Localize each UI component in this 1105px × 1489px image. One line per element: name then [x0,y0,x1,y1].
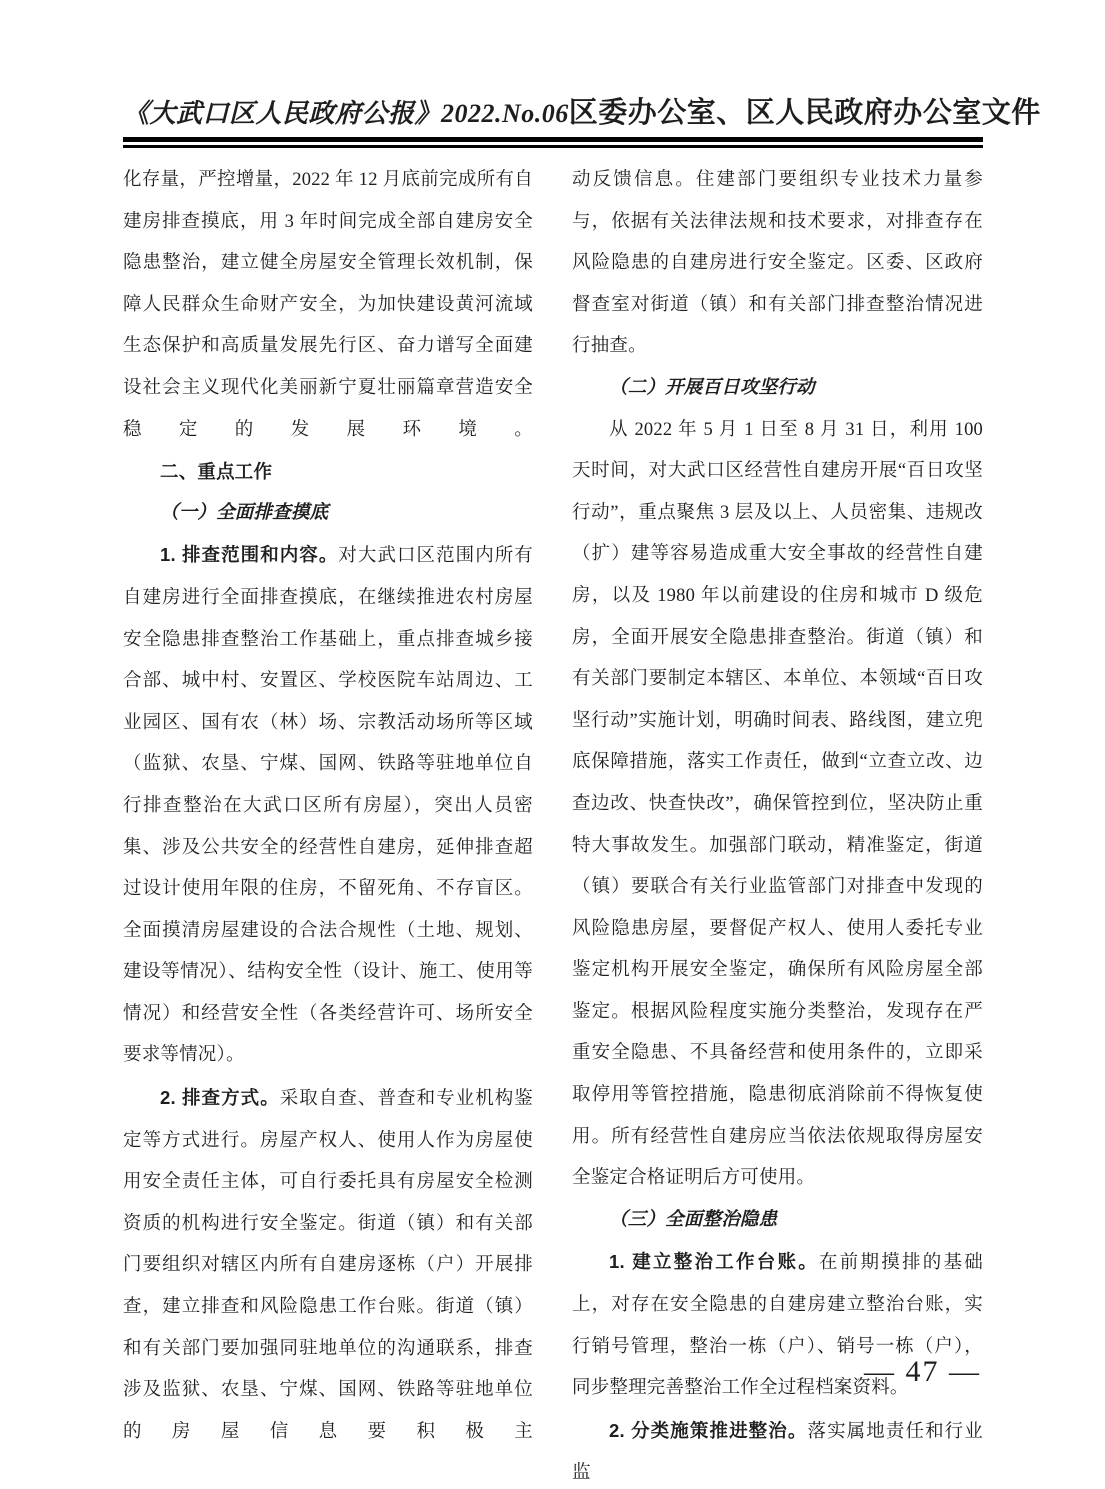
subsection-heading-1: （一）全面排查摸底 [123,493,533,535]
gazette-page: 《大武口区人民政府公报》2022.No.06 区委办公室、区人民政府办公室文件 … [0,0,1105,1489]
content-columns: 化存量，严控增量，2022 年 12 月底前完成所有自建房排查摸底，用 3 年时… [123,160,983,1489]
section-heading-key-work: 二、重点工作 [123,451,533,493]
subsection-heading-3: （三）全面整治隐患 [572,1200,983,1242]
header-rule [123,137,983,148]
left-column: 化存量，严控增量，2022 年 12 月底前完成所有自建房排查摸底，用 3 年时… [123,160,533,1489]
rect-item-1-lead: 1. 建立整治工作台账。 [609,1251,819,1272]
subsection-heading-2: （二）开展百日攻坚行动 [572,368,983,410]
paragraph-continuation-right: 动反馈信息。住建部门要组织专业技术力量参与，依据有关法律法规和技术要求，对排查存… [572,160,983,368]
paragraph-hundred-day-campaign: 从 2022 年 5 月 1 日至 8 月 31 日，利用 100 天时间，对大… [572,410,983,1200]
item-2-text: 采取自查、普查和专业机构鉴定等方式进行。房屋产权人、使用人作为房屋使用安全责任主… [123,1089,533,1442]
gazette-title: 《大武口区人民政府公报》2022.No.06 [123,93,569,130]
item-2-lead: 2. 排查方式。 [160,1087,280,1108]
paragraph-continuation-left: 化存量，严控增量，2022 年 12 月底前完成所有自建房排查摸底，用 3 年时… [123,160,533,451]
page-content: 《大武口区人民政府公报》2022.No.06 区委办公室、区人民政府办公室文件 … [0,0,1105,1489]
paragraph-classified-measures: 2. 分类施策推进整治。落实属地责任和行业监 [572,1410,983,1489]
item-1-lead: 1. 排查范围和内容。 [160,544,338,565]
right-column: 动反馈信息。住建部门要组织专业技术力量参与，依据有关法律法规和技术要求，对排查存… [572,160,983,1489]
item-1-text: 对大武口区范围内所有自建房进行全面排查摸底，在继续推进农村房屋安全隐患排查整治工… [123,546,533,1065]
rect-item-2-lead: 2. 分类施策推进整治。 [609,1420,807,1441]
document-category-label: 区委办公室、区人民政府办公室文件 [569,90,1041,131]
paragraph-scope-and-content: 1. 排查范围和内容。对大武口区范围内所有自建房进行全面排查摸底，在继续推进农村… [123,534,533,1077]
page-number: — 47 — [864,1355,981,1389]
page-header: 《大武口区人民政府公报》2022.No.06 区委办公室、区人民政府办公室文件 [123,0,983,131]
paragraph-survey-method: 2. 排查方式。采取自查、普查和专业机构鉴定等方式进行。房屋产权人、使用人作为房… [123,1077,533,1453]
